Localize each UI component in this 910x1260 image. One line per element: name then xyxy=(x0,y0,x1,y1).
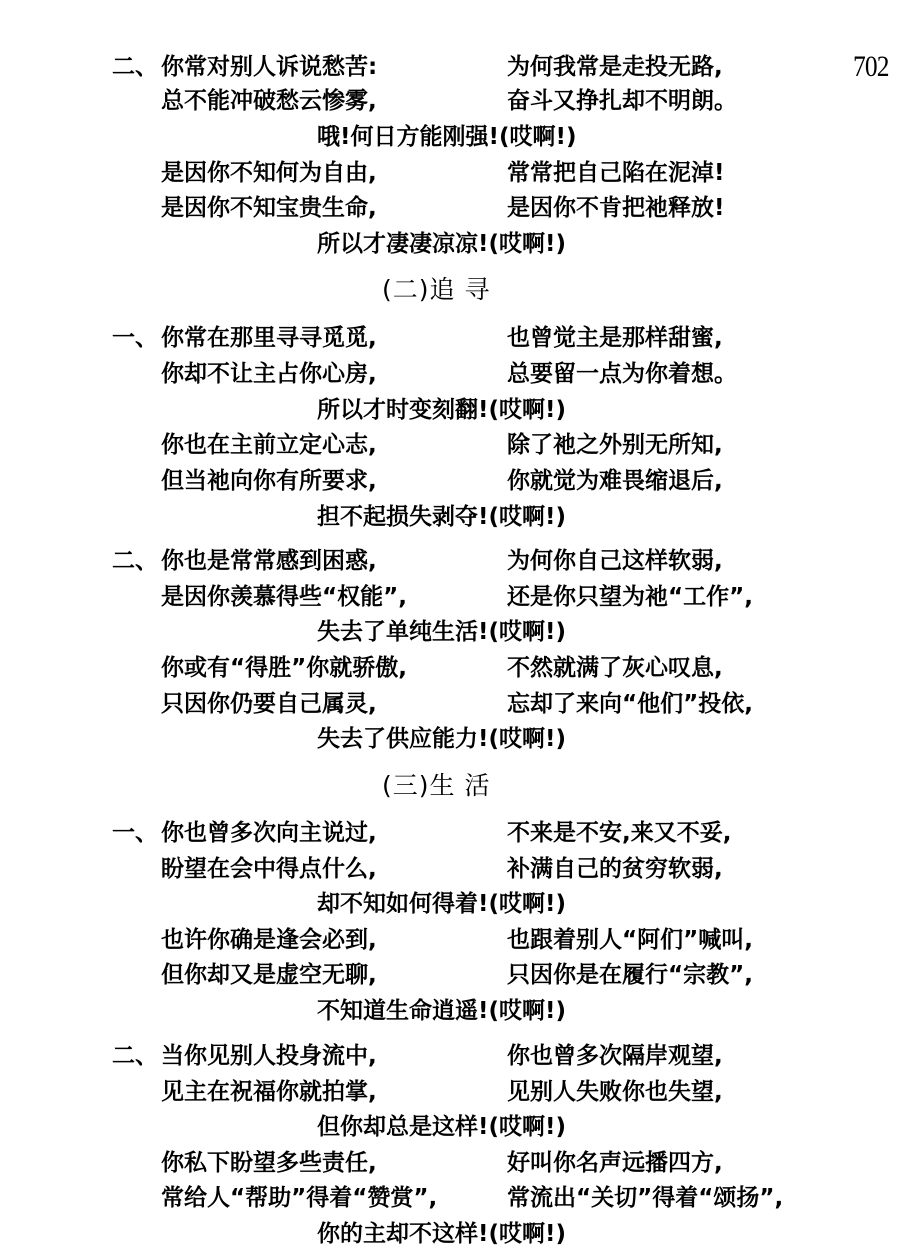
lyric-line: 奋斗又挣扎却不明朗。 xyxy=(507,86,737,116)
lyric-line: 还是你只望为祂“工作”, xyxy=(507,582,753,612)
lyric-line: 你常对别人诉说愁苦: xyxy=(161,52,377,82)
lyric-line: 总不能冲破愁云惨雾, xyxy=(161,86,377,116)
lyric-line: 好叫你名声远播四方, xyxy=(507,1148,723,1178)
refrain-line: 却不知如何得着!(哎啊!) xyxy=(317,889,566,919)
lyric-line: 你也曾多次隔岸观望, xyxy=(507,1041,723,1071)
lyric-line: 你也曾多次向主说过, xyxy=(161,818,377,848)
lyric-line: 你或有“得胜”你就骄傲, xyxy=(161,653,407,683)
refrain-line: 所以才时变刻翻!(哎啊!) xyxy=(317,395,566,425)
lyric-line: 为何你自己这样软弱, xyxy=(507,546,723,576)
refrain-line: 但你却总是这样!(哎啊!) xyxy=(317,1112,566,1142)
verse-number: 一、 xyxy=(112,818,158,848)
refrain-line: 哦!何日方能刚强!(哎啊!) xyxy=(317,122,577,152)
lyric-line: 当你见别人投身流中, xyxy=(161,1041,377,1071)
lyric-line: 见主在祝福你就拍掌, xyxy=(161,1077,377,1107)
lyric-line: 不来是不安,来又不妥, xyxy=(507,818,731,848)
refrain-line: 失去了单纯生活!(哎啊!) xyxy=(317,617,566,647)
verse-number: 二、 xyxy=(112,52,158,82)
refrain-line: 担不起损失剥夺!(哎啊!) xyxy=(317,502,566,532)
lyric-line: 你却不让主占你心房, xyxy=(161,359,377,389)
verse-number: 一、 xyxy=(112,323,158,353)
lyric-line: 是因你不肯把祂释放! xyxy=(507,193,725,223)
lyric-line: 常给人“帮助”得着“赞赏”, xyxy=(161,1183,437,1213)
lyric-line: 是因你不知宝贵生命, xyxy=(161,193,377,223)
lyric-line: 盼望在会中得点什么, xyxy=(161,854,377,884)
lyric-line: 见别人失败你也失望, xyxy=(507,1077,723,1107)
lyric-line: 也许你确是逢会必到, xyxy=(161,925,377,955)
lyric-line: 你就觉为难畏缩退后, xyxy=(507,466,723,496)
lyric-line: 总要留一点为你着想。 xyxy=(507,359,737,389)
lyric-line: 也曾觉主是那样甜蜜, xyxy=(507,323,723,353)
section-heading: (二)追 寻 xyxy=(382,274,490,306)
lyric-line: 常常把自己陷在泥淖! xyxy=(507,158,725,188)
lyric-line: 不然就满了灰心叹息, xyxy=(507,653,723,683)
refrain-line: 所以才凄凄凉凉!(哎啊!) xyxy=(317,229,566,259)
lyric-line: 忘却了来向“他们”投依, xyxy=(507,689,753,719)
lyric-line: 你常在那里寻寻觅觅, xyxy=(161,323,377,353)
lyric-line: 但你却又是虚空无聊, xyxy=(161,960,377,990)
refrain-line: 不知道生命逍遥!(哎啊!) xyxy=(317,996,566,1026)
lyric-line: 只因你仍要自己属灵, xyxy=(161,689,377,719)
lyric-line: 是因你羡慕得些“权能”, xyxy=(161,582,407,612)
section-heading: (三)生 活 xyxy=(382,770,490,802)
lyric-line: 是因你不知何为自由, xyxy=(161,158,377,188)
page-number: 702 xyxy=(853,50,889,84)
lyric-line: 你私下盼望多些责任, xyxy=(161,1148,377,1178)
lyric-line: 常流出“关切”得着“颂扬”, xyxy=(507,1183,783,1213)
lyric-line: 但当祂向你有所要求, xyxy=(161,466,377,496)
lyric-line: 你也在主前立定心志, xyxy=(161,430,377,460)
lyric-line: 只因你是在履行“宗教”, xyxy=(507,960,753,990)
lyric-line: 除了祂之外别无所知, xyxy=(507,430,723,460)
lyric-line: 你也是常常感到困惑, xyxy=(161,546,377,576)
verse-number: 二、 xyxy=(112,546,158,576)
lyric-line: 补满自己的贫穷软弱, xyxy=(507,854,723,884)
lyric-line: 也跟着别人“阿们”喊叫, xyxy=(507,925,753,955)
refrain-line: 你的主却不这样!(哎啊!) xyxy=(317,1219,566,1249)
lyric-line: 为何我常是走投无路, xyxy=(507,52,723,82)
refrain-line: 失去了供应能力!(哎啊!) xyxy=(317,724,566,754)
verse-number: 二、 xyxy=(112,1041,158,1071)
